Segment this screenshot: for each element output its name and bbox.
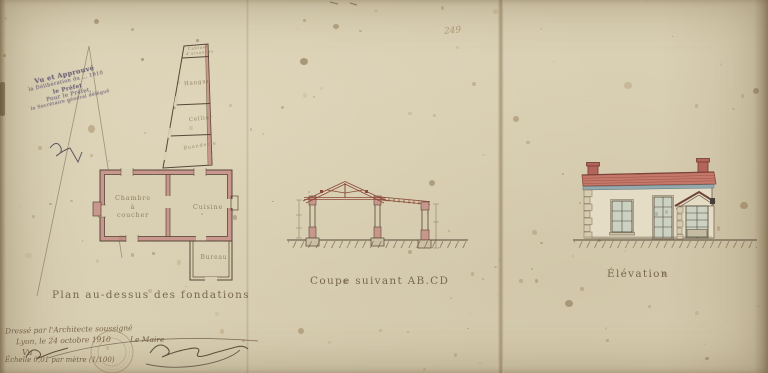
coupe-caption: Coupe suivant AB.CD: [310, 275, 449, 287]
annex-quoins: [677, 207, 683, 239]
room-label-cuisine: Cuisine: [188, 203, 228, 211]
coupe-dim-left: [296, 200, 302, 238]
footer-scale: Échelle 0,01 par mètre (1/100): [5, 356, 115, 364]
plan-chimney-breast: [93, 202, 101, 216]
plan-caption: Plan au-dessus des fondations: [52, 289, 250, 301]
annex-eave-block: [710, 198, 715, 204]
coupe-ground-hatch: [288, 241, 468, 248]
elevation-caption: Élévation: [607, 268, 669, 280]
coupe-roof-truss: [303, 182, 387, 204]
plan-bureau-annex: [190, 241, 232, 282]
room-label-chambre-1: Chambre: [110, 194, 156, 202]
stamp-signature-scribble: [50, 143, 82, 162]
elevation-window: [610, 200, 635, 236]
coupe-drawing: [287, 182, 468, 249]
elevation-french-window: [653, 196, 674, 240]
footer-maire: Le Maire: [130, 335, 164, 344]
coupe-right-wall: [371, 196, 384, 246]
room-label-chambre-2: à: [110, 203, 156, 211]
elevation-roof: [582, 172, 716, 186]
elevation-chimney-right: [697, 159, 710, 174]
page-number-annotation: 249: [444, 25, 462, 36]
room-label-chambre-3: coucher: [110, 211, 156, 219]
mayor-signature-underline: [146, 350, 240, 367]
coupe-left-wall: [306, 196, 319, 246]
annex-door: [686, 206, 708, 238]
elevation-ground-hatch: [574, 241, 757, 248]
sheet-edge-marks: [330, 2, 357, 5]
elevation-drawing: [573, 159, 757, 241]
elevation-chimney-left: [587, 163, 600, 177]
scanned-drawing-sheet: Vu et Approuvé la Délibération du … 1910…: [0, 0, 768, 373]
drawing-layer: [0, 0, 768, 373]
room-label-bureau: Bureau: [196, 254, 232, 261]
